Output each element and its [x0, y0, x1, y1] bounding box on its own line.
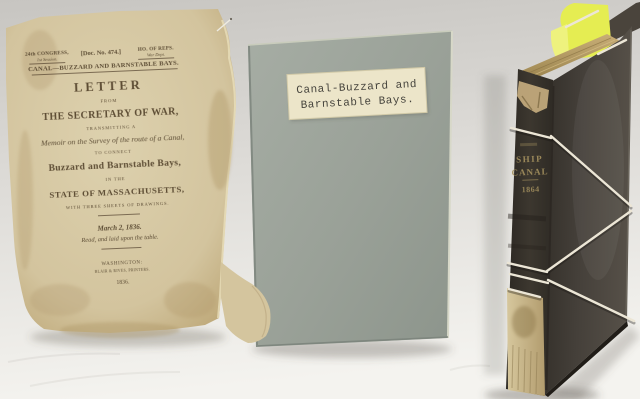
- gray-folder: Canal-Buzzard and Barnstable Bays.: [248, 31, 452, 347]
- from-word: FROM: [100, 98, 117, 104]
- spine-word-canal: CANAL: [511, 166, 548, 177]
- spine-year: 1864: [522, 185, 540, 195]
- imprint-year: 1836.: [116, 279, 130, 286]
- spine-word-ship: SHIP: [516, 154, 543, 165]
- pamphlet: 24th CONGRESS, 1st Session. [Doc. No. 47…: [6, 9, 236, 338]
- spine-stain: [512, 306, 536, 338]
- photo-of-three-antique-books: 24th CONGRESS, 1st Session. [Doc. No. 47…: [0, 0, 640, 399]
- session-line: 1st Session.: [37, 56, 58, 62]
- spine-foot-damage: [507, 288, 545, 396]
- pin-head: [230, 18, 232, 20]
- spine-faint-line: [520, 143, 537, 147]
- letter-word: LETTER: [74, 78, 143, 95]
- dept-line: War Dept.: [147, 52, 165, 58]
- in-the-line: IN THE: [105, 176, 125, 182]
- folder-label: Canal-Buzzard and Barnstable Bays.: [287, 67, 429, 121]
- photo-canvas: 24th CONGRESS, 1st Session. [Doc. No. 47…: [0, 0, 640, 399]
